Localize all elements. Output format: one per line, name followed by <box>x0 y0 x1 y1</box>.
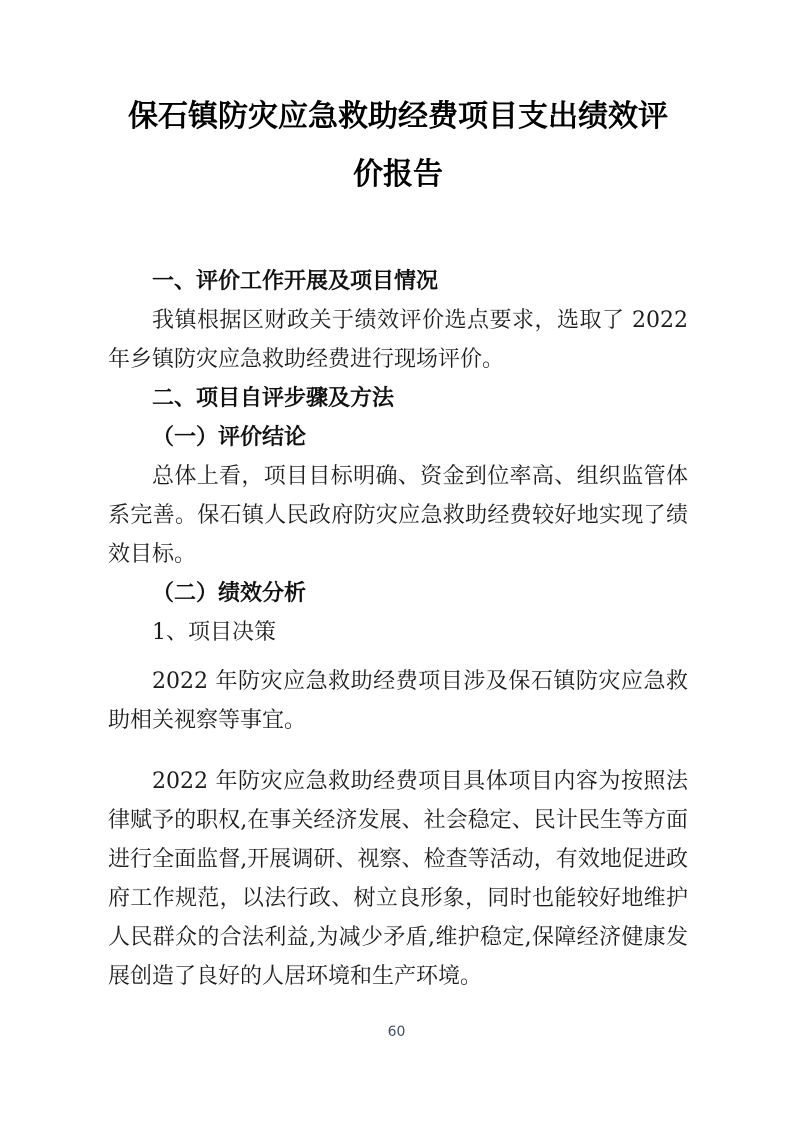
sub-heading-evaluation-conclusion: （一）评价结论 <box>108 418 688 457</box>
paragraph-project-scope: 2022 年防灾应急救助经费项目涉及保石镇防灾应急救助相关视察等事宜。 <box>108 662 688 740</box>
title-line-1: 保石镇防灾应急救助经费项目支出绩效评 <box>128 99 668 134</box>
paragraph-overall-conclusion: 总体上看，项目目标明确、资金到位率高、组织监管体系完善。保石镇人民政府防灾应急救… <box>108 457 688 574</box>
document-title: 保石镇防灾应急救助经费项目支出绩效评 价报告 <box>108 88 688 204</box>
title-line-2: 价报告 <box>353 157 443 192</box>
paragraph-project-content: 2022 年防灾应急救助经费项目具体项目内容为按照法律赋予的职权,在事关经济发展… <box>108 762 688 996</box>
section-heading-self-evaluation-method: 二、项目自评步骤及方法 <box>108 379 688 418</box>
section-heading-evaluation-work: 一、评价工作开展及项目情况 <box>108 262 688 301</box>
document-page: 保石镇防灾应急救助经费项目支出绩效评 价报告 一、评价工作开展及项目情况 我镇根… <box>0 0 793 1122</box>
paragraph-evaluation-selection: 我镇根据区财政关于绩效评价选点要求，选取了 2022 年乡镇防灾应急救助经费进行… <box>108 301 688 379</box>
list-item-project-decision: 1、项目决策 <box>108 613 688 652</box>
document-content: 保石镇防灾应急救助经费项目支出绩效评 价报告 一、评价工作开展及项目情况 我镇根… <box>108 88 688 996</box>
sub-heading-performance-analysis: （二）绩效分析 <box>108 574 688 613</box>
page-number: 60 <box>0 1022 793 1042</box>
